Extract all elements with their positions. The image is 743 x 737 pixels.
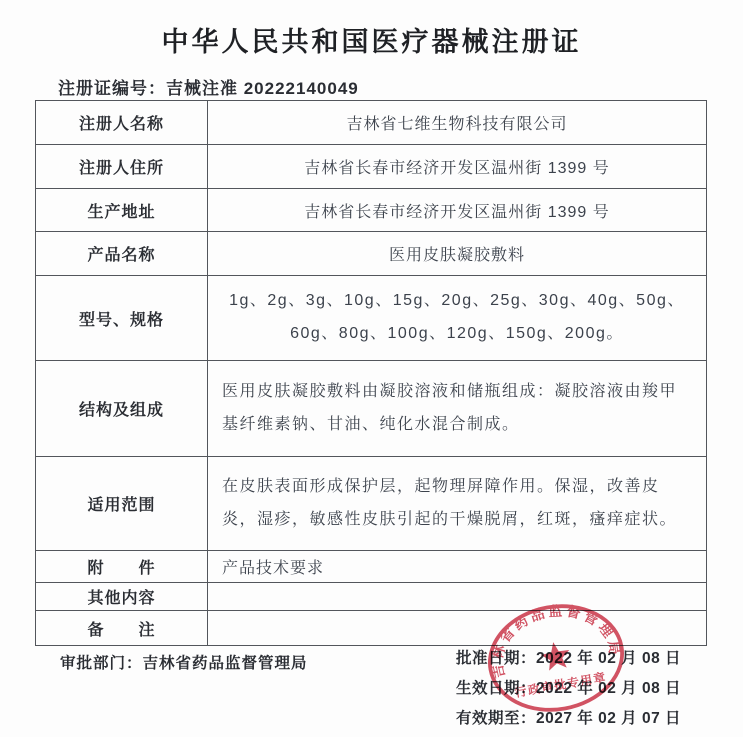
- row-label-other-content: 其他内容: [36, 583, 208, 611]
- row-label-registrant-name: 注册人名称: [36, 101, 208, 145]
- certificate-table: 注册人名称 吉林省七维生物科技有限公司 注册人住所 吉林省长春市经济开发区温州街…: [35, 100, 707, 646]
- row-value-other-content: [208, 583, 707, 611]
- approval-date-line: 批准日期：2022 年 02 月 08 日: [456, 646, 681, 668]
- approval-date-value: 2022 年 02 月 08 日: [536, 650, 681, 667]
- table-row: 备 注: [36, 611, 707, 646]
- row-label-production-address: 生产地址: [36, 189, 208, 232]
- approval-date-label: 批准日期：: [456, 650, 536, 667]
- valid-until-label: 有效期至：: [456, 710, 536, 727]
- row-label-structure-composition: 结构及组成: [36, 361, 208, 457]
- table-row: 适用范围 在皮肤表面形成保护层，起物理屏障作用。保湿，改善皮炎，湿疹，敏感性皮肤…: [36, 457, 707, 551]
- approval-department-value: 吉林省药品监督管理局: [143, 655, 308, 672]
- row-label-product-name: 产品名称: [36, 232, 208, 276]
- effective-date-value: 2022 年 02 月 08 日: [536, 680, 681, 697]
- page-title: 中华人民共和国医疗器械注册证: [0, 20, 743, 59]
- row-value-model-spec: 1g、2g、3g、10g、15g、20g、25g、30g、40g、50g、60g…: [208, 276, 707, 361]
- row-value-structure-composition: 医用皮肤凝胶敷料由凝胶溶液和储瓶组成：凝胶溶液由羧甲基纤维素钠、甘油、纯化水混合…: [208, 361, 707, 457]
- row-value-registrant-address: 吉林省长春市经济开发区温州街 1399 号: [208, 145, 707, 189]
- table-row: 其他内容: [36, 583, 707, 611]
- valid-until-value: 2027 年 02 月 07 日: [536, 710, 681, 727]
- valid-until-line: 有效期至：2027 年 02 月 07 日: [456, 706, 681, 728]
- cert-number-value: 吉械注准 20222140049: [166, 79, 359, 98]
- row-value-attachment: 产品技术要求: [208, 551, 707, 583]
- table-row: 生产地址 吉林省长春市经济开发区温州街 1399 号: [36, 189, 707, 232]
- effective-date-line: 生效日期：2022 年 02 月 08 日: [456, 676, 681, 698]
- row-value-remarks: [208, 611, 707, 646]
- row-label-attachment: 附 件: [36, 551, 208, 583]
- table-row: 注册人名称 吉林省七维生物科技有限公司: [36, 101, 707, 145]
- row-label-model-spec: 型号、规格: [36, 276, 208, 361]
- table-row: 注册人住所 吉林省长春市经济开发区温州街 1399 号: [36, 145, 707, 189]
- table-row: 产品名称 医用皮肤凝胶敷料: [36, 232, 707, 276]
- table-row: 结构及组成 医用皮肤凝胶敷料由凝胶溶液和储瓶组成：凝胶溶液由羧甲基纤维素钠、甘油…: [36, 361, 707, 457]
- cert-number-label: 注册证编号：: [58, 79, 166, 98]
- row-value-registrant-name: 吉林省七维生物科技有限公司: [208, 101, 707, 145]
- row-value-product-name: 医用皮肤凝胶敷料: [208, 232, 707, 276]
- row-label-scope-of-application: 适用范围: [36, 457, 208, 551]
- row-value-scope-of-application: 在皮肤表面形成保护层，起物理屏障作用。保湿，改善皮炎，湿疹，敏感性皮肤引起的干燥…: [208, 457, 707, 551]
- row-label-remarks: 备 注: [36, 611, 208, 646]
- approval-department-label: 审批部门：: [60, 655, 143, 672]
- date-block: 批准日期：2022 年 02 月 08 日 生效日期：2022 年 02 月 0…: [456, 646, 681, 736]
- approval-department-line: 审批部门：吉林省药品监督管理局: [60, 651, 308, 673]
- cert-number-line: 注册证编号：吉械注准 20222140049: [58, 74, 359, 99]
- effective-date-label: 生效日期：: [456, 680, 536, 697]
- table-row: 型号、规格 1g、2g、3g、10g、15g、20g、25g、30g、40g、5…: [36, 276, 707, 361]
- row-value-production-address: 吉林省长春市经济开发区温州街 1399 号: [208, 189, 707, 232]
- certificate-page: { "document": { "title": "中华人民共和国医疗器械注册证…: [0, 0, 743, 737]
- row-label-registrant-address: 注册人住所: [36, 145, 208, 189]
- table-row: 附 件 产品技术要求: [36, 551, 707, 583]
